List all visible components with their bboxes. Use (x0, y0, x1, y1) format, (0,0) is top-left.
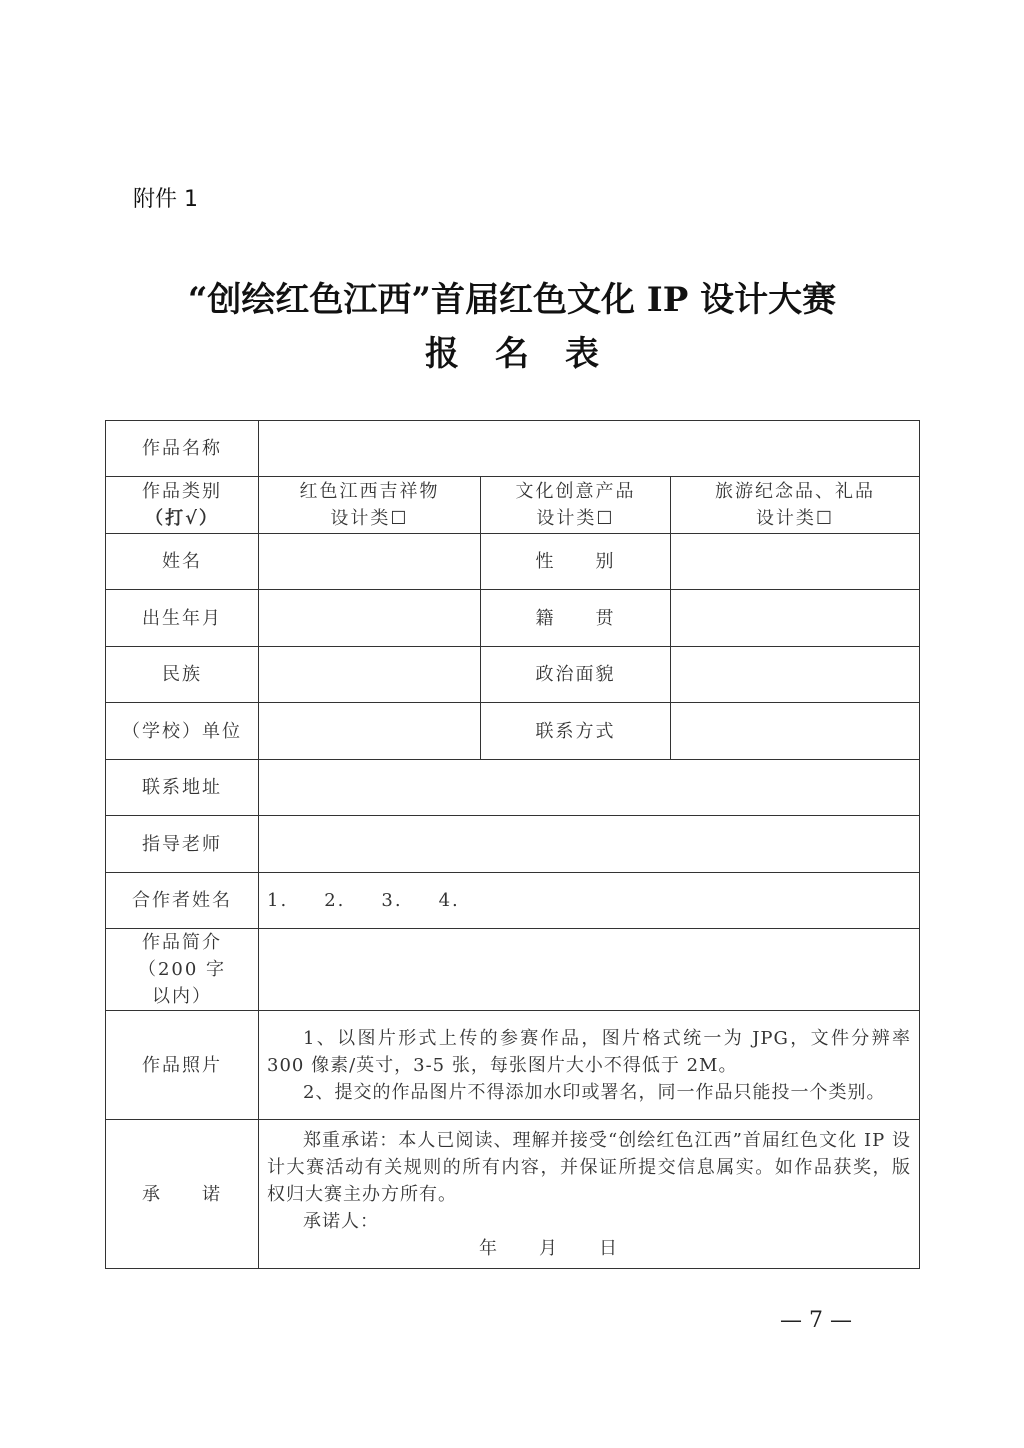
row-birth-native: 出生年月 籍 贯 (106, 590, 920, 647)
row-category: 作品类别 （打√） 红色江西吉祥物 设计类☐ 文化创意产品 设计类☐ 旅游纪念品… (106, 477, 920, 534)
political-field[interactable] (671, 647, 920, 703)
unit-field[interactable] (259, 703, 481, 760)
photo-label: 作品照片 (106, 1011, 259, 1120)
row-address: 联系地址 (106, 760, 920, 816)
checkbox-souvenir[interactable]: 设计类☐ (677, 505, 913, 532)
row-intro: 作品简介 （200 字 以内） (106, 929, 920, 1011)
photo-rules: 1、以图片形式上传的参赛作品，图片格式统一为 JPG，文件分辨率 300 像素/… (259, 1011, 920, 1120)
advisor-field[interactable] (259, 816, 920, 873)
birth-field[interactable] (259, 590, 481, 647)
name-field[interactable] (259, 534, 481, 590)
row-ethnicity-political: 民族 政治面貌 (106, 647, 920, 703)
gender-label: 性 别 (481, 534, 671, 590)
contact-label: 联系方式 (481, 703, 671, 760)
birth-label: 出生年月 (106, 590, 259, 647)
contact-field[interactable] (671, 703, 920, 760)
address-label: 联系地址 (106, 760, 259, 816)
ethnicity-field[interactable] (259, 647, 481, 703)
intro-label: 作品简介 （200 字 以内） (106, 929, 259, 1011)
checkbox-cultural-product[interactable]: 设计类☐ (487, 505, 664, 532)
row-photo: 作品照片 1、以图片形式上传的参赛作品，图片格式统一为 JPG，文件分辨率 30… (106, 1011, 920, 1120)
registration-form: 作品名称 作品类别 （打√） 红色江西吉祥物 设计类☐ 文化创意产品 设计类☐ … (105, 420, 920, 1269)
native-place-field[interactable] (671, 590, 920, 647)
row-work-name: 作品名称 (106, 421, 920, 477)
document-subtitle: 报名表 (0, 326, 1024, 375)
row-name-gender: 姓名 性 别 (106, 534, 920, 590)
document-title: “创绘红色江西”首届红色文化 IP 设计大赛 (0, 272, 1024, 321)
row-collaborators: 合作者姓名 1.2.3.4. (106, 873, 920, 929)
row-pledge: 承 诺 郑重承诺：本人已阅读、理解并接受“创绘红色江西”首届红色文化 IP 设计… (106, 1120, 920, 1269)
intro-field[interactable] (259, 929, 920, 1011)
native-place-label: 籍 贯 (481, 590, 671, 647)
pledge-date[interactable]: 年 月 日 (267, 1235, 911, 1262)
category-option-cultural-product[interactable]: 文化创意产品 设计类☐ (481, 477, 671, 534)
advisor-label: 指导老师 (106, 816, 259, 873)
category-option-souvenir[interactable]: 旅游纪念品、礼品 设计类☐ (671, 477, 920, 534)
row-advisor: 指导老师 (106, 816, 920, 873)
gender-field[interactable] (671, 534, 920, 590)
attachment-label: 附件 1 (133, 182, 198, 213)
pledge-label: 承 诺 (106, 1120, 259, 1269)
pledge-content: 郑重承诺：本人已阅读、理解并接受“创绘红色江西”首届红色文化 IP 设计大赛活动… (259, 1120, 920, 1269)
category-option-mascot[interactable]: 红色江西吉祥物 设计类☐ (259, 477, 481, 534)
name-label: 姓名 (106, 534, 259, 590)
unit-label: （学校）单位 (106, 703, 259, 760)
row-unit-contact: （学校）单位 联系方式 (106, 703, 920, 760)
collaborators-field[interactable]: 1.2.3.4. (259, 873, 920, 929)
political-label: 政治面貌 (481, 647, 671, 703)
collaborators-label: 合作者姓名 (106, 873, 259, 929)
checkbox-mascot[interactable]: 设计类☐ (265, 505, 474, 532)
pledger-signature[interactable]: 承诺人： (267, 1208, 911, 1235)
ethnicity-label: 民族 (106, 647, 259, 703)
page-number: — 7 — (780, 1308, 852, 1333)
category-label: 作品类别 （打√） (106, 477, 259, 534)
work-name-field[interactable] (259, 421, 920, 477)
address-field[interactable] (259, 760, 920, 816)
work-name-label: 作品名称 (106, 421, 259, 477)
